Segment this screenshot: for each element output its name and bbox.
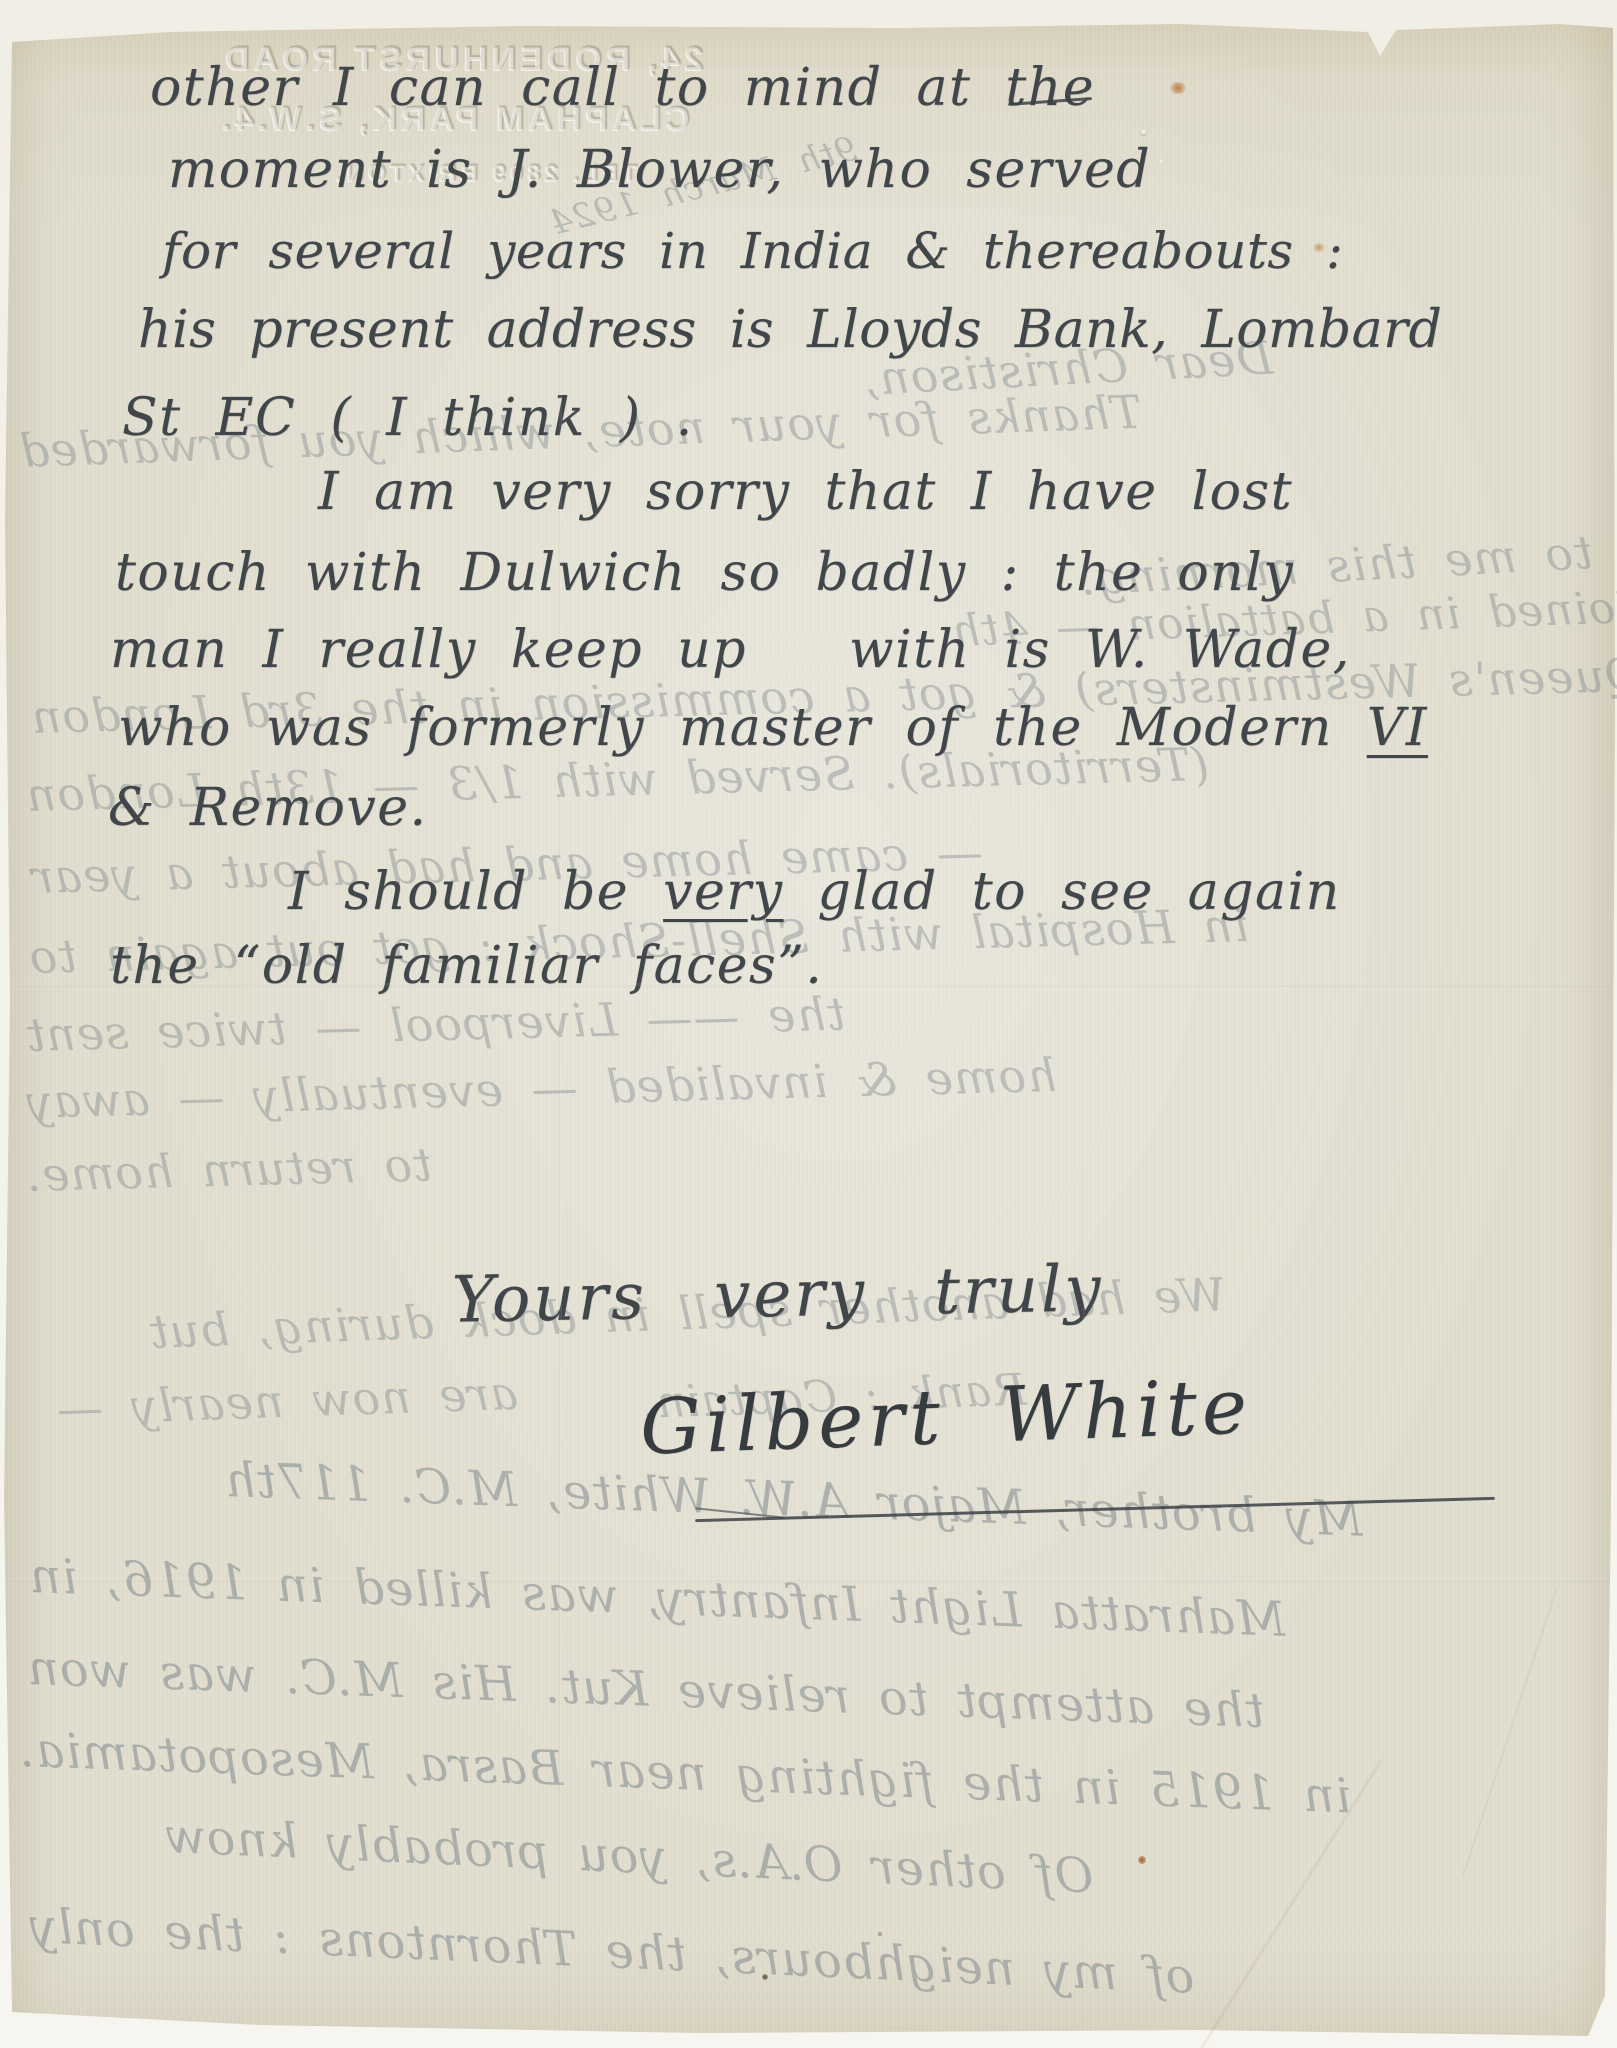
pin-dent (1158, 158, 1164, 164)
letter-line: moment is J. Blower, who served (168, 140, 1151, 200)
scanned-letter-page: { "document": { "kind": "handwritten let… (0, 0, 1617, 2048)
letter-line: who was formerly master of the Modern VI (118, 698, 1428, 758)
letter-line: touch with Dulwich so badly : the only (115, 543, 1294, 603)
letter-line: I should be very glad to see again (288, 862, 1341, 922)
letter-line: his present address is Lloyds Bank, Lomb… (138, 300, 1442, 360)
letter-line: I am very sorry that I have lost (318, 462, 1293, 522)
foxing-spot (1313, 243, 1325, 252)
underlined-text: VI (1367, 698, 1428, 758)
letter-line: man I really keep up with is W. Wade, (110, 620, 1351, 680)
letter-line: for several years in India & thereabouts… (162, 222, 1343, 280)
pin-dent (1140, 128, 1147, 135)
foxing-spot (1138, 1856, 1146, 1864)
letter-line: St EC ( I think ) . (122, 388, 694, 448)
letter-line: & Remove. (108, 778, 428, 838)
underlined-text: very (663, 862, 783, 922)
foxing-spot (1170, 82, 1186, 94)
ink-speck (762, 1974, 768, 1980)
letter-closing: Yours very truly (451, 1252, 1104, 1337)
bleed-line: to return home. (25, 1137, 432, 1202)
letter-line: the “old familiar faces”. (110, 936, 823, 996)
ink-speck (878, 1932, 882, 1936)
letter-line: other I can call to mind at the (150, 58, 1095, 118)
